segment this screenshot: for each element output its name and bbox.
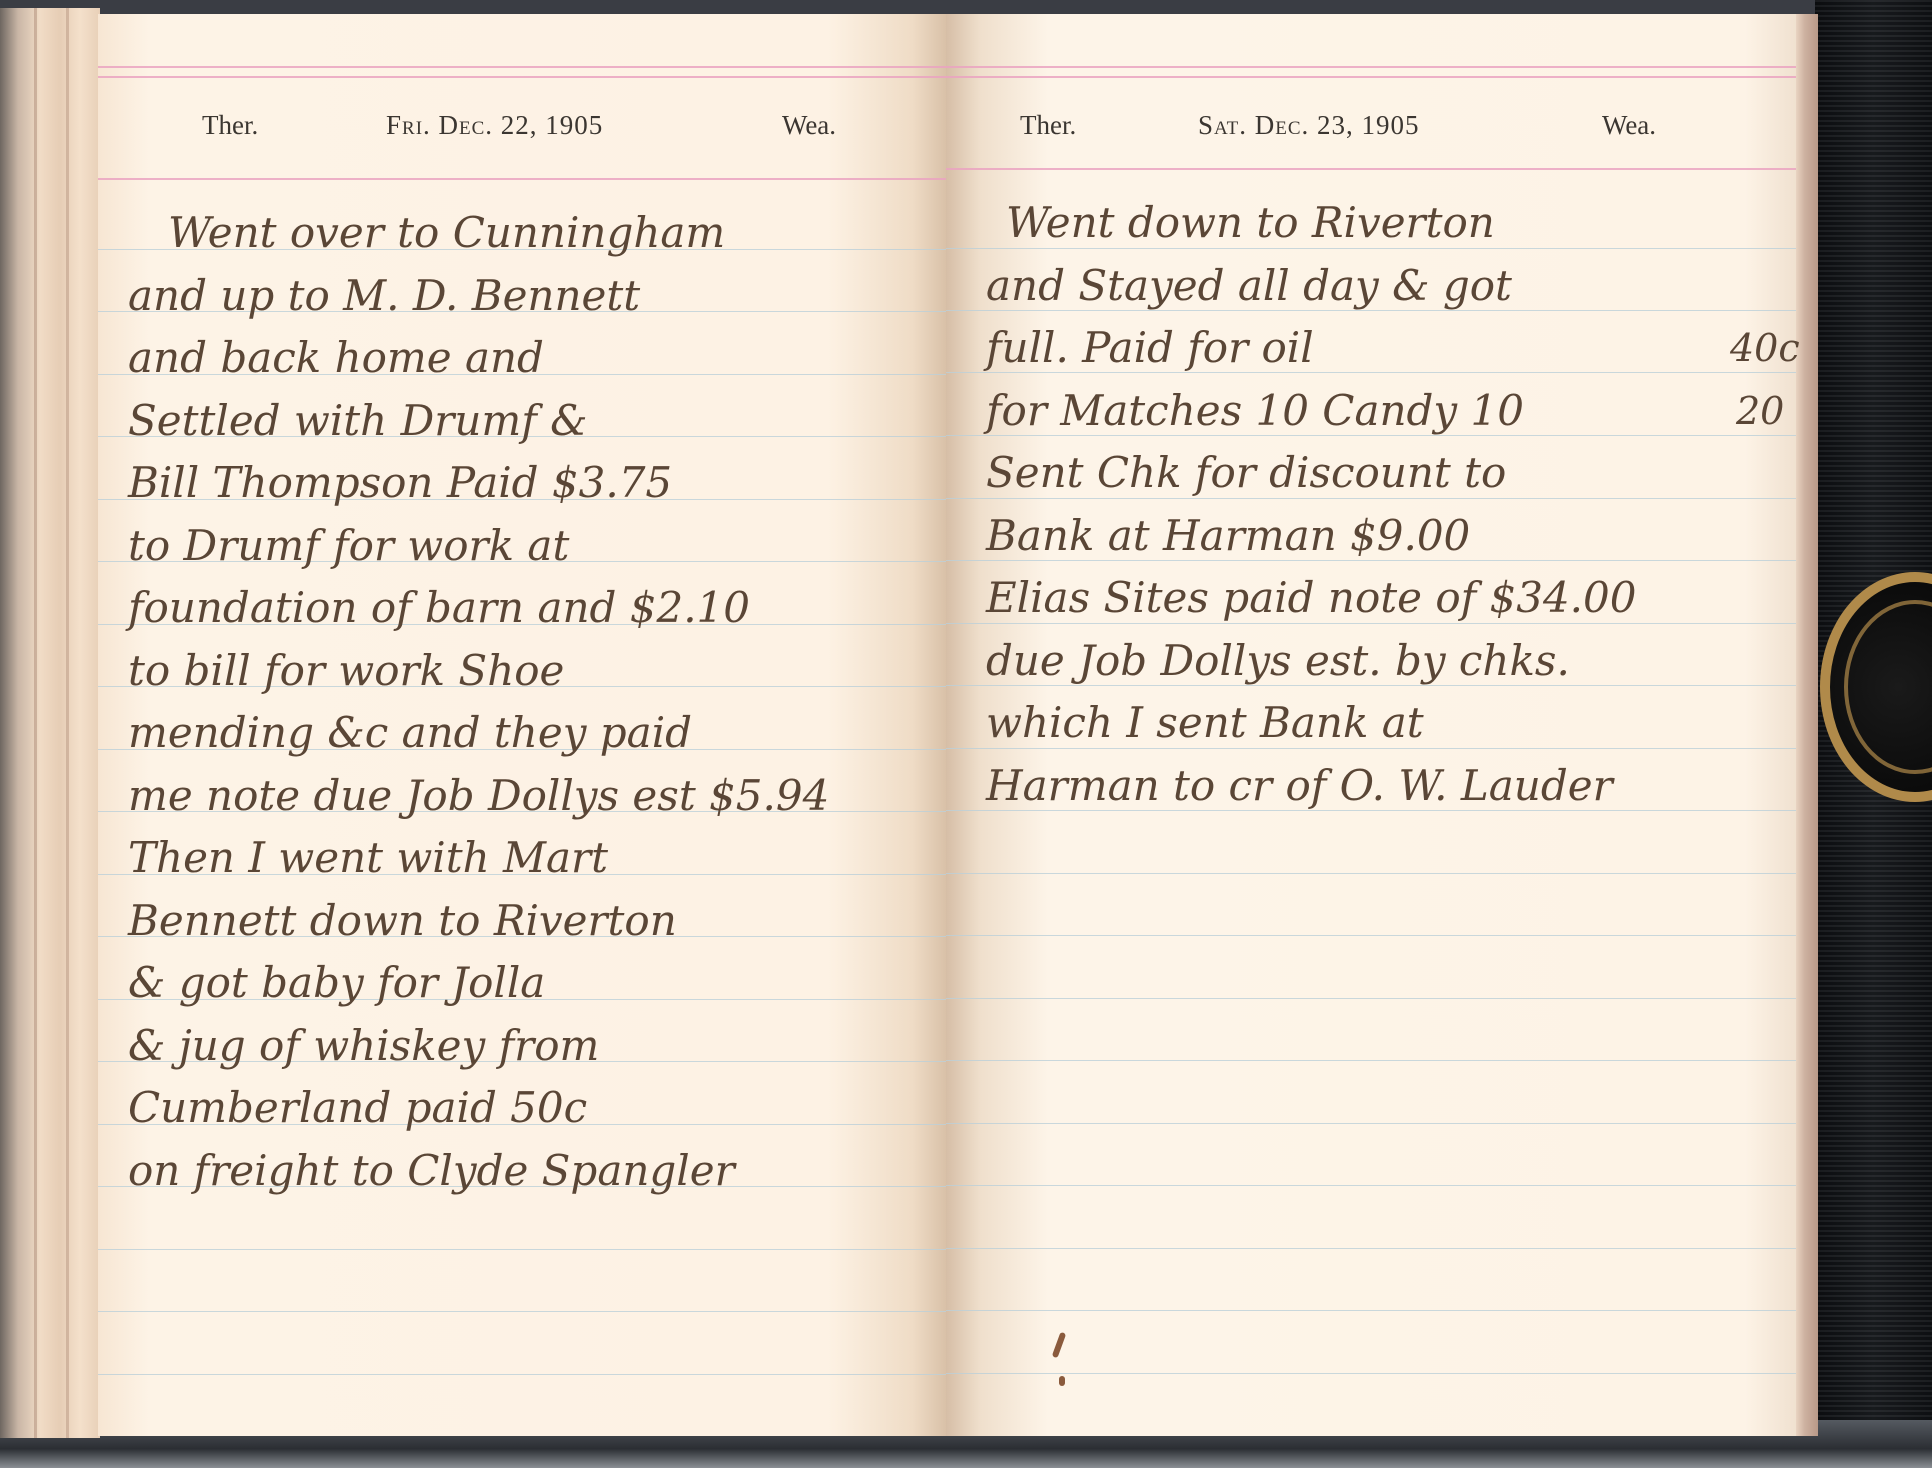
entry-line: to Drumf for work at <box>128 515 946 578</box>
weather-label: Wea. <box>1602 110 1656 141</box>
right-page-edge <box>1796 14 1818 1436</box>
top-double-rule-2 <box>946 76 1796 78</box>
right-page: Ther. Sat. Dec. 23, 1905 Wea. Went down … <box>946 14 1796 1436</box>
entry-line: Bank at Harman $9.00 <box>986 505 1796 568</box>
entry-line: Went over to Cunningham <box>128 202 946 265</box>
entry-line: Went down to Riverton <box>986 192 1796 255</box>
entry-line: for Matches 10 Candy 10 20 <box>986 380 1796 443</box>
entry-line: and back home and <box>128 327 946 390</box>
entry-line: Bill Thompson Paid $3.75 <box>128 452 946 515</box>
entry-line: mending &c and they paid <box>128 702 946 765</box>
expense-amount: 40c <box>1730 317 1800 380</box>
header-rule <box>98 178 946 180</box>
entry-line: full. Paid for oil 40c <box>986 317 1796 380</box>
entry-line: & jug of whiskey from <box>128 1015 946 1078</box>
weather-label: Wea. <box>782 110 836 141</box>
entry-line: Bennett down to Riverton <box>128 890 946 953</box>
page-date: Sat. Dec. 23, 1905 <box>1198 110 1420 141</box>
page-stack-edge <box>0 8 100 1438</box>
ink-blot <box>1059 1376 1065 1386</box>
entry-line: due Job Dollys est. by chks. <box>986 630 1796 693</box>
entry-line: and Stayed all day & got <box>986 255 1796 318</box>
right-page-header: Ther. Sat. Dec. 23, 1905 Wea. <box>946 110 1796 150</box>
header-rule <box>946 168 1796 170</box>
entry-line: to bill for work Shoe <box>128 640 946 703</box>
thermometer-label: Ther. <box>1020 110 1076 141</box>
expense-amount: 20 <box>1736 380 1784 443</box>
entry-line: Cumberland paid 50c <box>128 1077 946 1140</box>
left-page: Ther. Fri. Dec. 22, 1905 Wea. Went over … <box>98 14 946 1436</box>
entry-line: on freight to Clyde Spangler <box>128 1140 946 1203</box>
entry-line: which I sent Bank at <box>986 692 1796 755</box>
entry-line: foundation of barn and $2.10 <box>128 577 946 640</box>
thermometer-label: Ther. <box>202 110 258 141</box>
top-double-rule-2 <box>98 76 946 78</box>
entry-line: Sent Chk for discount to <box>986 442 1796 505</box>
entry-line: Then I went with Mart <box>128 827 946 890</box>
page-date: Fri. Dec. 22, 1905 <box>386 110 603 141</box>
ink-blot <box>1052 1332 1067 1358</box>
top-double-rule-1 <box>98 66 946 68</box>
entry-line: me note due Job Dollys est $5.94 <box>128 765 946 828</box>
left-page-header: Ther. Fri. Dec. 22, 1905 Wea. <box>98 110 946 150</box>
entry-line: Settled with Drumf & <box>128 390 946 453</box>
entry-line: Harman to cr of O. W. Lauder <box>986 755 1796 818</box>
right-page-entry: Went down to Riverton and Stayed all day… <box>946 192 1796 817</box>
top-double-rule-1 <box>946 66 1796 68</box>
left-page-entry: Went over to Cunningham and up to M. D. … <box>98 202 946 1202</box>
entry-line: Elias Sites paid note of $34.00 <box>986 567 1796 630</box>
entry-line: and up to M. D. Bennett <box>128 265 946 328</box>
entry-line: & got baby for Jolla <box>128 952 946 1015</box>
